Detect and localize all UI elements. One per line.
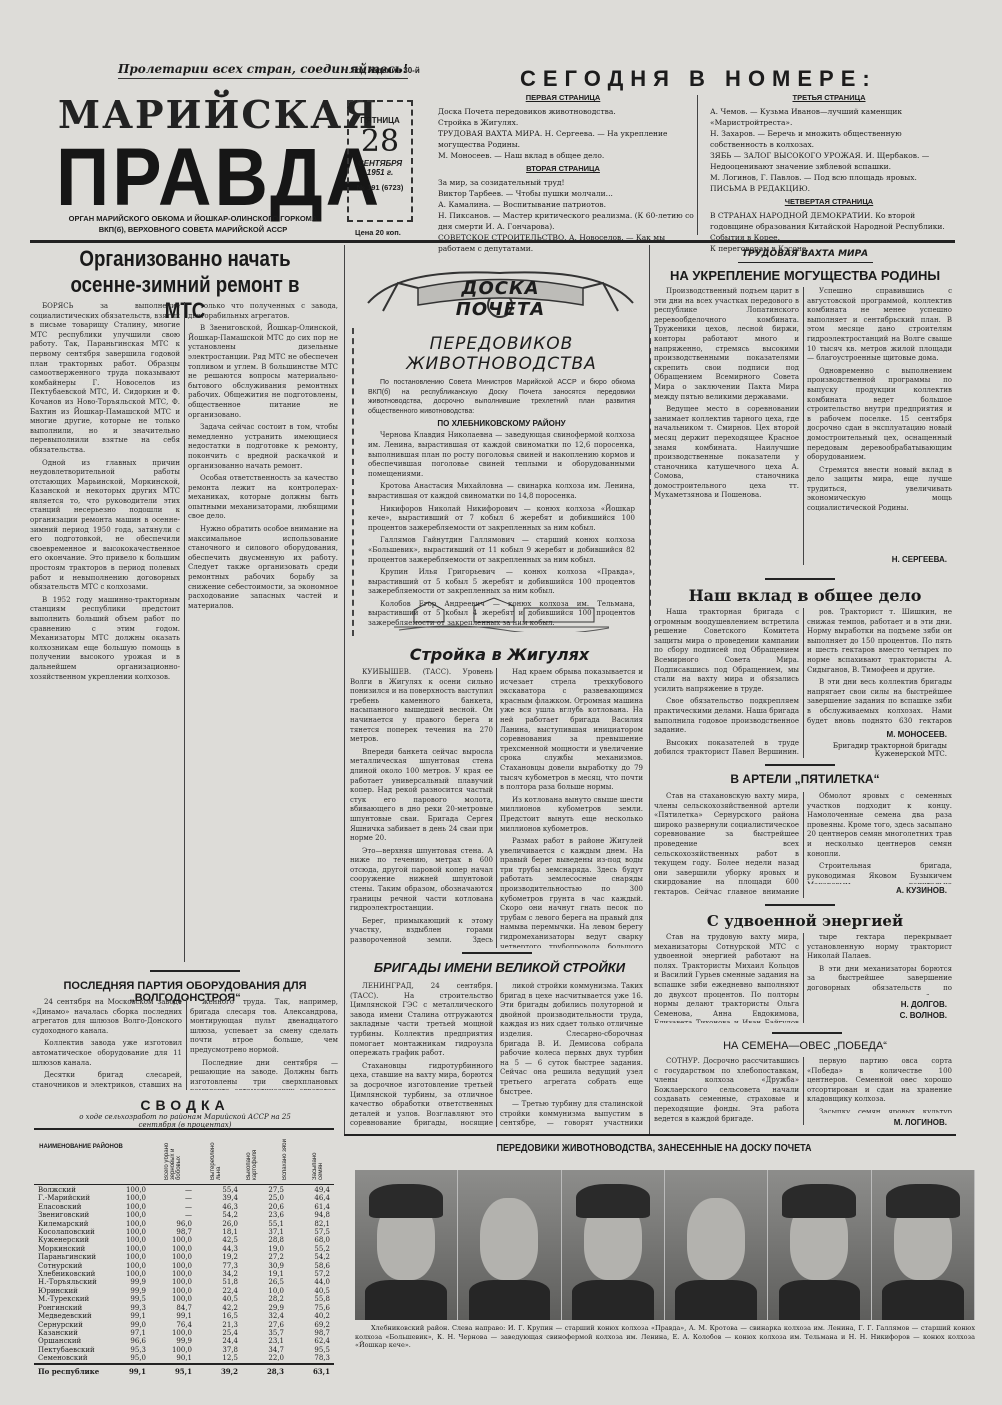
table-cell: 24,4 (196, 1337, 242, 1345)
svodka-table: Волжский100,0—55,427,549,4Г.-Марийский10… (34, 1186, 334, 1376)
table-cell: 69,2 (288, 1321, 334, 1329)
table-cell: 100,0 (104, 1245, 150, 1253)
article-energy-col1: Став на трудовую вахту мира, механизатор… (654, 933, 799, 1023)
table-cell: 100,0 (104, 1211, 150, 1219)
separator (462, 952, 532, 954)
paragraph: Размах работ в районе Жигулей увеличивае… (500, 837, 643, 948)
contents-item: Н. Захаров. — Беречь и множить обществен… (710, 128, 954, 150)
paragraph: Десятки бригад слесарей, станочников и э… (32, 1071, 182, 1090)
table-cell: 27,2 (242, 1253, 288, 1261)
district-name: Казанский (34, 1329, 104, 1337)
honor-entry: Чернова Клавдия Николаевна — заведующая … (368, 431, 635, 479)
article-energy-col2: тыре гектара перекрывает установленную н… (807, 933, 952, 995)
article-energy-title: С удвоенной энергией (655, 912, 955, 930)
district-name: Звениговский (34, 1211, 104, 1219)
article-motherland-col2: Успешно справившись с августовской прогр… (807, 287, 952, 553)
year: 1951 г. (349, 168, 411, 177)
table-cell: 28,2 (242, 1295, 288, 1303)
table-cell: — (150, 1211, 196, 1219)
table-row: Казанский97,1100,025,435,798,7 (34, 1329, 334, 1337)
table-rule (34, 1128, 334, 1130)
district-name: Еласовский (34, 1203, 104, 1211)
table-cell: 28,3 (242, 1368, 288, 1376)
article-brigades-title: БРИГАДЫ ИМЕНИ ВЕЛИКОЙ СТРОЙКИ (352, 960, 647, 975)
district-name: Килемарский (34, 1220, 104, 1228)
paragraph: Наша тракторная бригада с огромным вооду… (654, 608, 799, 694)
table-row: Хлебниковский100,0100,034,219,157,2 (34, 1270, 334, 1278)
table-cell: 55,4 (196, 1186, 242, 1194)
paragraph: Строительная бригада, руководимая Яковом… (807, 862, 952, 884)
svodka-column-headers: НАИМЕНОВАНИЕ РАЙОНОВ Всего убрано зернов… (34, 1132, 334, 1182)
signature: М. ЛОГИНОВ. (807, 1118, 947, 1127)
photo-caption: Хлебниковский район. Слева направо: И. Г… (355, 1324, 975, 1350)
table-cell: 100,0 (104, 1203, 150, 1211)
table-cell: 26,0 (196, 1220, 242, 1228)
paragraph: Став на стахановскую вахту мира, члены с… (654, 792, 799, 898)
paragraph: Производственный подъем царит в эти дни … (654, 287, 799, 402)
paragraph: КУЙБЫШЕВ. (ТАСС). Уровень Волги в Жигуля… (350, 668, 493, 745)
table-row: Семеновский95,090,112,522,078,3 (34, 1354, 334, 1363)
paragraph: Успешно справившись с августовской прогр… (807, 287, 952, 364)
table-cell: 55,2 (288, 1245, 334, 1253)
district-name: По республике (34, 1368, 104, 1376)
table-cell: 21,3 (196, 1321, 242, 1329)
table-row: Звениговский100,0—54,223,694,8 (34, 1211, 334, 1219)
contents-page-label: ЧЕТВЕРТАЯ СТРАНИЦА (704, 196, 954, 207)
separator (765, 904, 835, 906)
table-cell: 19,1 (242, 1270, 288, 1278)
table-cell: 25,4 (196, 1329, 242, 1337)
article-oats-title: НА СЕМЕНА—ОВЕС „ПОБЕДА“ (655, 1040, 955, 1052)
contents-item: За мир, за созидательный труд! (438, 177, 694, 188)
table-cell: 28,8 (242, 1236, 288, 1244)
table-cell: — (150, 1194, 196, 1202)
paragraph: ЛЕНИНГРАД, 24 сентября. (ТАСС). На строи… (350, 982, 493, 1059)
honor-entry: Никифоров Николай Никифорович — конюх ко… (368, 505, 635, 534)
table-cell: 100,0 (104, 1220, 150, 1228)
contents-item: ЗЯБЬ — ЗАЛОГ ВЫСОКОГО УРОЖАЯ. И. Щербако… (710, 150, 954, 172)
table-cell: 27,5 (242, 1186, 288, 1194)
column-divider (803, 933, 804, 1023)
table-cell: 40,5 (196, 1295, 242, 1303)
paragraph: Над краем обрыва показывается и исчезает… (500, 668, 643, 793)
table-cell: 90,1 (150, 1354, 196, 1363)
table-row: Волжский100,0—55,427,549,4 (34, 1186, 334, 1194)
paragraph: тыре гектара перекрывает установленную н… (807, 933, 952, 962)
paragraph: В 1952 году машинно-тракторным станциям … (30, 596, 180, 682)
table-cell: 100,0 (104, 1228, 150, 1236)
paragraph: По постановлению Совета Министров Марийс… (368, 378, 635, 416)
table-cell: 84,7 (150, 1304, 196, 1312)
table-cell: — (150, 1203, 196, 1211)
table-cell: 40,2 (288, 1312, 334, 1320)
table-cell: 63,1 (288, 1368, 334, 1376)
contents-item: М. Моносеев. — Наш вклад в общее дело. (438, 150, 694, 161)
paragraph: Став на трудовую вахту мира, механизатор… (654, 933, 799, 1023)
article-zhiguli-col2: Над краем обрыва показывается и исчезает… (500, 668, 643, 948)
contents-item: А. Камалина. — Воспитывание патриотов. (438, 199, 694, 210)
article-contribution-col2: ров. Тракторист т. Шишкин, не снижая тем… (807, 608, 952, 726)
table-cell: 35,7 (242, 1329, 288, 1337)
table-cell: 42,2 (196, 1304, 242, 1312)
signature: М. МОНОСЕЕВ. (807, 730, 947, 739)
article-zhiguli-col1: КУЙБЫШЕВ. (ТАСС). Уровень Волги в Жигуля… (350, 668, 493, 948)
table-cell: 75,6 (288, 1304, 334, 1312)
article-oats-col2: первую партию овса сорта «Победа» в коли… (807, 1057, 952, 1113)
table-cell: 44,0 (288, 1278, 334, 1286)
svodka-subtitle: о ходе сельхозработ по районам Марийской… (30, 1113, 340, 1129)
column-divider (803, 287, 804, 565)
table-cell: 99,5 (104, 1295, 150, 1303)
column-header: НАИМЕНОВАНИЕ РАЙОНОВ (36, 1144, 126, 1150)
table-row: Сернурский99,076,421,327,669,2 (34, 1321, 334, 1329)
table-cell: 46,4 (288, 1194, 334, 1202)
paragraph: Впереди банкета сейчас выросла металличе… (350, 748, 493, 844)
paragraph: ликой стройки коммунизма. Таких бригад в… (500, 982, 643, 1097)
table-row: Оршанский96,699,924,423,162,4 (34, 1337, 334, 1345)
contents-page-label: ТРЕТЬЯ СТРАНИЦА (704, 92, 954, 103)
paragraph: Нужно обратить особое внимание на максим… (188, 525, 338, 611)
article-brigades-col2: ликой стройки коммунизма. Таких бригад в… (500, 982, 643, 1127)
table-cell: 94,8 (288, 1211, 334, 1219)
table-cell: 12,5 (196, 1354, 242, 1363)
table-cell: 98,7 (288, 1329, 334, 1337)
separator (765, 764, 835, 766)
table-total-row: По республике99,195,139,228,363,1 (34, 1368, 334, 1376)
year-of-publication: Год издания 30-й (352, 66, 420, 75)
column-divider (496, 982, 497, 1127)
table-cell: 98,7 (150, 1228, 196, 1236)
district-name: Г.-Марийский (34, 1194, 104, 1202)
table-cell: 100,0 (150, 1245, 196, 1253)
article-volgodon-col1: 24 сентября на Московском заводе «Динамо… (32, 998, 182, 1090)
column-header: Вспахано зяби (282, 1134, 308, 1180)
svodka-header: СВОДКА о ходе сельхозработ по районам Ма… (30, 1097, 340, 1129)
column-header: Засыпано семян (312, 1134, 338, 1180)
table-row: Г.-Марийский100,0—39,425,046,4 (34, 1194, 334, 1202)
honor-board-banner-text: ДОСКА ПОЧЕТА (423, 278, 578, 320)
table-cell: 22,0 (242, 1354, 288, 1363)
table-cell: 100,0 (150, 1262, 196, 1270)
district-name: Пектубаевский (34, 1346, 104, 1354)
honor-board-intro: По постановлению Совета Министров Марийс… (354, 374, 649, 416)
portrait-photo (355, 1170, 458, 1320)
table-cell: 100,0 (104, 1236, 150, 1244)
honor-board-district: ПО ХЛЕБНИКОВСКОМУ РАЙОНУ (354, 419, 649, 428)
table-cell: 78,3 (288, 1354, 334, 1363)
column-header: Всего убрано зерновых и бобовых (164, 1134, 208, 1180)
article-zhiguli-title: Стройка в Жигулях (352, 645, 647, 664)
kicker-underline (738, 262, 873, 263)
table-cell: 55,8 (288, 1295, 334, 1303)
separator (772, 1032, 842, 1034)
honor-entry: Кротова Анастасия Михайловна — свинарка … (368, 482, 635, 501)
column-divider (496, 668, 497, 948)
article-contribution-title: Наш вклад в общее дело (655, 586, 955, 605)
table-row: М.-Турекский99,5100,040,528,255,8 (34, 1295, 334, 1303)
district-name: Ронгинский (34, 1304, 104, 1312)
paragraph: Это—верхняя шпунтовая стена. А ниже по т… (350, 847, 493, 914)
masthead-organ: ОРГАН МАРИЙСКОГО ОБКОМА И ЙОШКАР-ОЛИНСКО… (58, 213, 328, 235)
table-cell: 16,5 (196, 1312, 242, 1320)
paragraph: первую партию овса сорта «Победа» в коли… (807, 1057, 952, 1105)
table-cell: 99,1 (150, 1312, 196, 1320)
table-cell: 23,1 (242, 1337, 288, 1345)
paragraph: В эти дни весь коллектив бригады напряга… (807, 678, 952, 726)
table-row: Моркинский100,0100,044,319,055,2 (34, 1245, 334, 1253)
article-volgodon-col2: женного труда. Так, например, бригада сл… (190, 998, 338, 1090)
table-row: Н.-Торъяльский99,9100,051,826,544,0 (34, 1278, 334, 1286)
district-name: Сотнурский (34, 1262, 104, 1270)
photo-section-title: ПЕРЕДОВИКИ ЖИВОТНОВОДСТВА, ЗАНЕСЕННЫЕ НА… (375, 1143, 933, 1154)
table-cell: 37,1 (242, 1228, 288, 1236)
honor-board-title: ПЕРЕДОВИКОВ ЖИВОТНОВОДСТВА (354, 334, 649, 374)
table-row: Юринский99,9100,022,410,040,5 (34, 1287, 334, 1295)
paragraph: — Третью турбину для сталинской стройки … (500, 1100, 643, 1127)
masthead-title-bottom: ПРАВДА (56, 130, 382, 224)
paragraph: Коллектив завода уже изготовил автоматич… (32, 1039, 182, 1068)
table-row: Куженерский100,0100,042,528,868,0 (34, 1236, 334, 1244)
contents-item: М. Логинов, Г. Павлов. — Под всю площадь… (710, 172, 954, 183)
table-cell: 19,0 (242, 1245, 288, 1253)
month: СЕНТЯБРЯ (349, 159, 411, 168)
column-divider (803, 608, 804, 758)
table-cell: 62,4 (288, 1337, 334, 1345)
table-cell: 57,5 (288, 1228, 334, 1236)
table-row: Ронгинский99,384,742,229,975,6 (34, 1304, 334, 1312)
table-cell: 100,0 (150, 1329, 196, 1337)
district-name: Моркинский (34, 1245, 104, 1253)
paragraph: Стремятся внести новый вклад в дело защи… (807, 466, 952, 514)
signature: Н. ДОЛГОВ. (807, 1000, 947, 1009)
table-row: Параньгинский100,0100,019,227,254,2 (34, 1253, 334, 1261)
paragraph: В Звениговской, Йошкар-Олинской, Йошкар-… (188, 324, 338, 420)
paragraph: БОРЯСЬ за выполнение социалистических об… (30, 302, 180, 456)
paragraph: 24 сентября на Московском заводе «Динамо… (32, 998, 182, 1036)
table-row: Косолаповский100,098,718,137,157,5 (34, 1228, 334, 1236)
paragraph: ров. Тракторист т. Шишкин, не снижая тем… (807, 608, 952, 675)
table-cell: 44,3 (196, 1245, 242, 1253)
table-cell: 34,2 (196, 1270, 242, 1278)
paragraph: Особая ответственность за качество ремон… (188, 474, 338, 522)
farm-illustration-icon (394, 592, 609, 632)
table-cell: 61,4 (288, 1203, 334, 1211)
district-name: Юринский (34, 1287, 104, 1295)
table-cell: 77,3 (196, 1262, 242, 1270)
table-cell: 39,2 (196, 1368, 242, 1376)
district-name: Семеновский (34, 1354, 104, 1363)
table-row: Пектубаевский95,3100,037,834,795,5 (34, 1346, 334, 1354)
paragraph: Стахановцы гидротурбинного цеха, ставшие… (350, 1062, 493, 1127)
honor-entry: Галлямов Гайнутдин Галлямович — старший … (368, 536, 635, 565)
portrait-photo (562, 1170, 665, 1320)
paragraph: СОТНУР. Досрочно рассчитавшись с государ… (654, 1057, 799, 1124)
newspaper-page: Пролетарии всех стран, соединяйтесь! Год… (0, 0, 1002, 1405)
paragraph: женного труда. Так, например, бригада сл… (190, 998, 338, 1056)
table-cell: 51,8 (196, 1278, 242, 1286)
table-cell: 96,6 (104, 1337, 150, 1345)
table-cell: 57,2 (288, 1270, 334, 1278)
masthead-rule (30, 240, 955, 243)
table-cell: 46,3 (196, 1203, 242, 1211)
article-contribution-col1: Наша тракторная бригада с огромным вооду… (654, 608, 799, 758)
table-cell: 100,0 (104, 1253, 150, 1261)
table-cell: 99,1 (104, 1368, 150, 1376)
article-motherland-col1: Производственный подъем царит в эти дни … (654, 287, 799, 565)
contents-page-label: ВТОРАЯ СТРАНИЦА (432, 163, 694, 174)
contents-item: Доска Почета передовиков животноводства. (438, 106, 694, 117)
district-name: Н.-Торъяльский (34, 1278, 104, 1286)
district-name: Косолаповский (34, 1228, 104, 1236)
table-cell: 95,1 (150, 1368, 196, 1376)
page-column-divider (649, 245, 650, 1135)
svodka-title: СВОДКА (30, 1097, 340, 1113)
district-name: М.-Турекский (34, 1295, 104, 1303)
table-cell: 99,9 (104, 1287, 150, 1295)
district-name: Куженерский (34, 1236, 104, 1244)
table-cell: 40,5 (288, 1287, 334, 1295)
paragraph: Ведущее место в соревновании занимает ко… (654, 405, 799, 501)
article-brigades-col1: ЛЕНИНГРАД, 24 сентября. (ТАСС). На строи… (350, 982, 493, 1127)
table-cell: 95,0 (104, 1354, 150, 1363)
district-name: Медведевский (34, 1312, 104, 1320)
portrait-photo (665, 1170, 768, 1320)
table-cell: 27,6 (242, 1321, 288, 1329)
separator (150, 970, 240, 972)
district-name: Сернурский (34, 1321, 104, 1329)
district-name: Волжский (34, 1186, 104, 1194)
column-divider (186, 998, 187, 1090)
honor-board-banner: ДОСКА ПОЧЕТА (358, 263, 643, 318)
paragraph: Высоких показателей в труде добился трак… (654, 739, 799, 758)
table-cell: 99,9 (150, 1337, 196, 1345)
table-cell: 96,0 (150, 1220, 196, 1228)
article-mts-col2: только что полученных с завода, дьятораб… (188, 302, 338, 962)
table-cell: 54,2 (196, 1211, 242, 1219)
contents-right: ТРЕТЬЯ СТРАНИЦА А. Чемов. — Кузьма Ивано… (704, 90, 954, 254)
paragraph: Обмолот яровых с семенных участков подхо… (807, 792, 952, 859)
portrait-photos (355, 1170, 975, 1320)
table-cell: 99,1 (104, 1312, 150, 1320)
paragraph: Из котлована вынуто свыше шести миллионо… (500, 796, 643, 834)
paragraph: Засыпку семян яровых культур начали член… (807, 1108, 952, 1113)
table-cell: 39,4 (196, 1194, 242, 1202)
table-cell: 100,0 (150, 1236, 196, 1244)
table-cell: 10,0 (242, 1287, 288, 1295)
article-oats-col1: СОТНУР. Досрочно рассчитавшись с государ… (654, 1057, 799, 1125)
article-mts-col1: БОРЯСЬ за выполнение социалистических об… (30, 302, 180, 962)
column-header: Выкопано картофеля (246, 1134, 276, 1180)
article-pyatiletka-col2: Обмолот яровых с семенных участков подхо… (807, 792, 952, 884)
contents-item: В СТРАНАХ НАРОДНОЙ ДЕМОКРАТИИ. Ко второй… (710, 210, 954, 232)
table-cell: 100,0 (150, 1287, 196, 1295)
contents-item: ТРУДОВАЯ ВАХТА МИРА. Н. Сергеева. — На у… (438, 128, 694, 150)
paragraph: Берег, примыкающий к этому участку, взды… (350, 917, 493, 948)
district-name: Хлебниковский (34, 1270, 104, 1278)
portrait-photo (458, 1170, 561, 1320)
article-pyatiletka-title: В АРТЕЛИ „ПЯТИЛЕТКА“ (655, 772, 955, 786)
contents-item: Виктор Тарбеев. — Чтобы пушки молчали... (438, 188, 694, 199)
paragraph: Задача сейчас состоит в том, чтобы немед… (188, 423, 338, 471)
table-cell: 32,4 (242, 1312, 288, 1320)
table-cell: 23,6 (242, 1211, 288, 1219)
paragraph: только что полученных с завода, дьятораб… (188, 302, 338, 321)
issue-number: № 191 (6723) (349, 183, 411, 192)
portrait-photo (872, 1170, 975, 1320)
table-cell: 95,5 (288, 1346, 334, 1354)
page-column-divider (344, 245, 345, 1135)
table-cell: 100,0 (104, 1270, 150, 1278)
table-cell: 54,2 (288, 1253, 334, 1261)
table-cell: 19,2 (196, 1253, 242, 1261)
signature: Н. СЕРГЕЕВА. (807, 555, 947, 564)
table-cell: 58,6 (288, 1262, 334, 1270)
article-motherland-title: НА УКРЕПЛЕНИЕ МОГУЩЕСТВА РОДИНЫ (655, 268, 955, 283)
table-cell: 20,6 (242, 1203, 288, 1211)
signature: С. ВОЛНОВ. (807, 1011, 947, 1020)
table-cell: 100,0 (104, 1262, 150, 1270)
table-cell: 100,0 (104, 1186, 150, 1194)
contents-title: СЕГОДНЯ В НОМЕРЕ: (520, 66, 877, 92)
table-cell: 42,5 (196, 1236, 242, 1244)
table-cell: 82,1 (288, 1220, 334, 1228)
article-pyatiletka-col1: Став на стахановскую вахту мира, члены с… (654, 792, 799, 898)
table-cell: 99,3 (104, 1304, 150, 1312)
table-cell: 30,9 (242, 1262, 288, 1270)
column-header: Вытереблено льна (210, 1134, 240, 1180)
table-cell: — (150, 1186, 196, 1194)
table-row: Медведевский99,199,116,532,440,2 (34, 1312, 334, 1320)
table-row: Еласовский100,0—46,320,661,4 (34, 1203, 334, 1211)
table-row: Килемарский100,096,026,055,182,1 (34, 1220, 334, 1228)
paragraph: Одновременно с выполнением производствен… (807, 367, 952, 463)
table-cell: 95,3 (104, 1346, 150, 1354)
table-cell: 100,0 (104, 1194, 150, 1202)
district-name: Оршанский (34, 1337, 104, 1345)
table-cell: 100,0 (150, 1270, 196, 1278)
table-cell: 97,1 (104, 1329, 150, 1337)
table-cell: 55,1 (242, 1220, 288, 1228)
headline-line: Организованно начать (62, 246, 309, 272)
table-cell: 34,7 (242, 1346, 288, 1354)
district-name: Параньгинский (34, 1253, 104, 1261)
table-cell: 100,0 (150, 1253, 196, 1261)
table-cell: 25,0 (242, 1194, 288, 1202)
table-cell: 26,5 (242, 1278, 288, 1286)
table-cell: 100,0 (150, 1295, 196, 1303)
contents-item: Стройка в Жигулях. (438, 117, 694, 128)
table-cell: 99,9 (104, 1278, 150, 1286)
paragraph: Одной из главных причин неудовлетворител… (30, 459, 180, 593)
table-cell: 100,0 (150, 1278, 196, 1286)
separator (765, 578, 835, 580)
table-row: Сотнурский100,0100,077,330,958,6 (34, 1262, 334, 1270)
date-box: ПЯТНИЦА 28 СЕНТЯБРЯ 1951 г. № 191 (6723) (347, 100, 413, 222)
table-cell: 22,4 (196, 1287, 242, 1295)
table-cell: 29,9 (242, 1304, 288, 1312)
table-cell: 99,0 (104, 1321, 150, 1329)
paragraph: В эти дни механизаторы борются за быстре… (807, 965, 952, 995)
table-cell: 18,1 (196, 1228, 242, 1236)
signature-role: Бригадир тракторной бригады Куженерской … (812, 742, 947, 758)
contents-item: Н. Пиксанов. — Мастер критического реали… (438, 210, 694, 232)
contents-left: ПЕРВАЯ СТРАНИЦА Доска Почета передовиков… (432, 90, 694, 254)
table-cell: 76,4 (150, 1321, 196, 1329)
contents-item: ПИСЬМА В РЕДАКЦИЮ. (710, 183, 954, 194)
kicker: ТРУДОВАЯ ВАХТА МИРА (655, 249, 955, 259)
portrait-photo (768, 1170, 871, 1320)
paragraph: Последние дни сентября — решающие на зав… (190, 1059, 338, 1090)
